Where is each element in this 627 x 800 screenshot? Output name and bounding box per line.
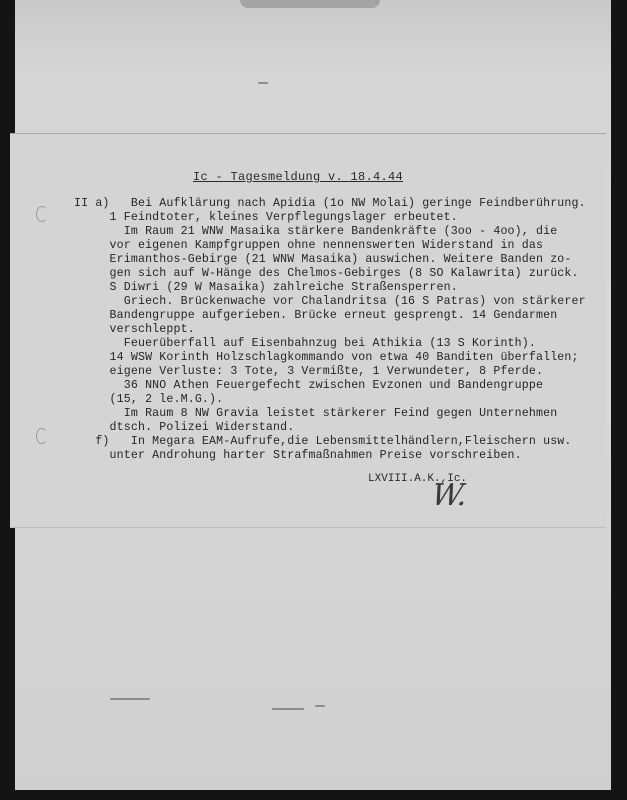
report-line: II a) Bei Aufklärung nach Apidia (1o NW … [74,197,586,210]
scan-smudge [272,708,304,710]
report-line: (15, 2 le.M.G.). [74,393,223,406]
scan-border [15,790,611,800]
report-line: Feuerüberfall auf Eisenbahnzug bei Athik… [74,337,536,350]
report-line: eigene Verluste: 3 Tote, 3 Vermißte, 1 V… [74,365,543,378]
handwritten-signature: W. [430,478,470,513]
report-line: 14 WSW Korinth Holzschlagkommando von et… [74,351,579,364]
report-line: verschleppt. [74,323,195,336]
report-line: Griech. Brückenwache vor Chalandritsa (1… [74,295,586,308]
report-line: 1 Feindtoter, kleines Verpflegungslager … [74,211,458,224]
punch-hole-top [36,206,48,222]
report-line: dtsch. Polizei Widerstand. [74,421,294,434]
scan-smudge [315,705,325,707]
report-line: unter Androhung harter Strafmaßnahmen Pr… [74,449,522,462]
punch-hole-bottom [36,428,48,444]
report-line: Erimanthos-Gebirge (21 WNW Masaika) ausw… [74,253,572,266]
report-line: Bandengruppe aufgerieben. Brücke erneut … [74,309,557,322]
report-line: Im Raum 21 WNW Masaika stärkere Bandenkr… [74,225,557,238]
scan-smudge [110,698,150,700]
report-line: f) In Megara EAM-Aufrufe,die Lebensmitte… [74,435,572,448]
document-title: Ic - Tagesmeldung v. 18.4.44 [193,170,403,184]
scan-shadow [240,0,380,8]
report-line: Im Raum 8 NW Gravia leistet stärkerer Fe… [74,407,557,420]
report-line: S Diwri (29 W Masaika) zahlreiche Straße… [74,281,458,294]
report-line: 36 NNO Athen Feuergefecht zwischen Evzon… [74,379,543,392]
scan-smudge [258,82,268,84]
report-line: vor eigenen Kampfgruppen ohne nennenswer… [74,239,543,252]
report-line: gen sich auf W-Hänge des Chelmos-Gebirge… [74,267,579,280]
